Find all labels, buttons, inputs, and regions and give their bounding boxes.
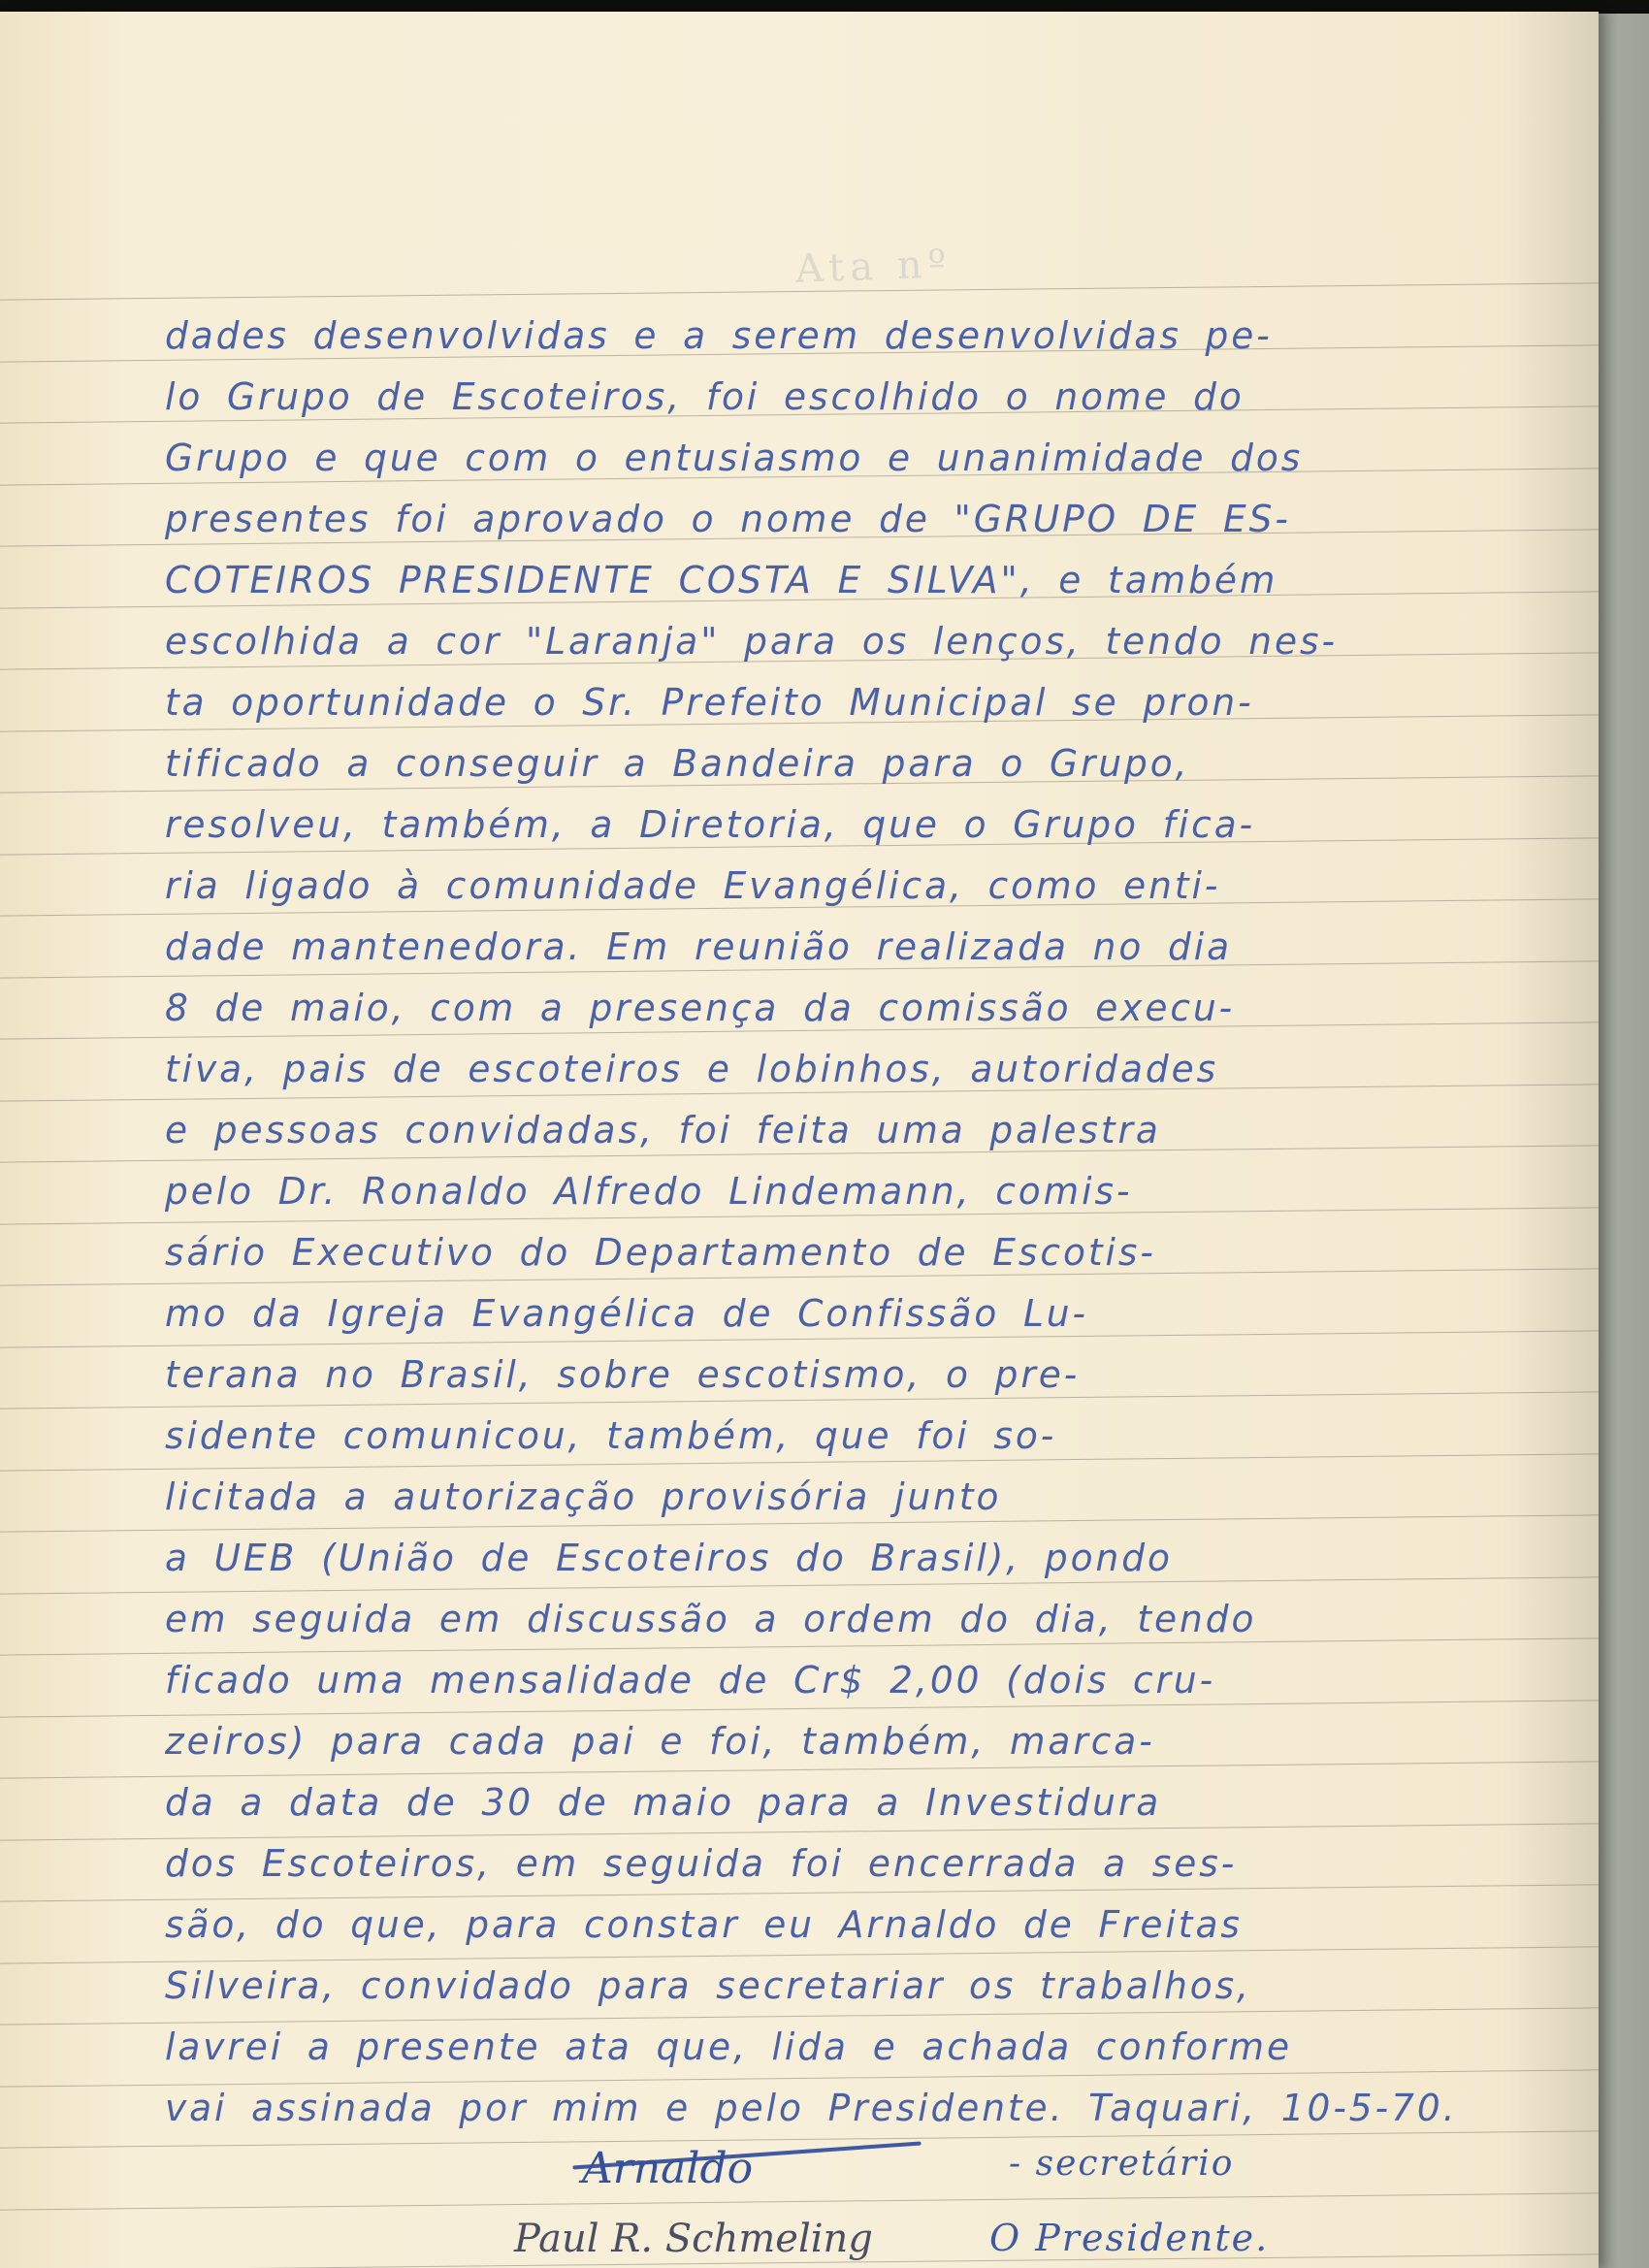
text-line: sário Executivo do Departamento de Escot… — [165, 1222, 1542, 1283]
text-line: lavrei a presente ata que, lida e achada… — [165, 2017, 1542, 2078]
text-line: são, do que, para constar eu Arnaldo de … — [165, 1895, 1542, 1956]
text-line: tificado a conseguir a Bandeira para o G… — [165, 733, 1542, 794]
text-line: dos Escoteiros, em seguida foi encerrada… — [165, 1833, 1542, 1895]
text-line: ta oportunidade o Sr. Prefeito Municipal… — [165, 672, 1542, 733]
text-line: ficado uma mensalidade de Cr$ 2,00 (dois… — [165, 1650, 1542, 1711]
text-line: escolhida a cor "Laranja" para os lenços… — [165, 611, 1542, 672]
text-line: e pessoas convidadas, foi feita uma pale… — [165, 1100, 1542, 1161]
text-line: Grupo e que com o entusiasmo e unanimida… — [165, 428, 1542, 489]
president-signature: Paul R. Schmeling — [514, 2217, 873, 2261]
text-line: tiva, pais de escoteiros e lobinhos, aut… — [165, 1039, 1542, 1100]
text-line: pelo Dr. Ronaldo Alfredo Lindemann, comi… — [165, 1161, 1542, 1222]
president-label: O Presidente. — [989, 2217, 1269, 2259]
text-line: dades desenvolvidas e a serem desenvolvi… — [165, 306, 1542, 367]
text-line: terana no Brasil, sobre escotismo, o pre… — [165, 1345, 1542, 1406]
text-line: ria ligado à comunidade Evangélica, como… — [165, 856, 1542, 917]
text-line: mo da Igreja Evangélica de Confissão Lu- — [165, 1283, 1542, 1345]
page-edge-shadow — [1599, 14, 1649, 2268]
text-line: licitada a autorização provisória junto — [165, 1467, 1542, 1528]
text-line: da a data de 30 de maio para a Investidu… — [165, 1772, 1542, 1833]
secretary-signature: Arnaldo — [582, 2144, 753, 2193]
text-line: em seguida em discussão a ordem do dia, … — [165, 1589, 1542, 1650]
text-line: resolveu, também, a Diretoria, que o Gru… — [165, 794, 1542, 856]
text-line: 8 de maio, com a presença da comissão ex… — [165, 978, 1542, 1039]
text-line: a UEB (União de Escoteiros do Brasil), p… — [165, 1528, 1542, 1589]
text-line: Silveira, convidado para secretariar os … — [165, 1956, 1542, 2017]
text-line: presentes foi aprovado o nome de "GRUPO … — [165, 489, 1542, 550]
faint-page-header: Ata nº — [794, 242, 953, 292]
text-line: zeiros) para cada pai e foi, também, mar… — [165, 1711, 1542, 1772]
text-line: lo Grupo de Escoteiros, foi escolhido o … — [165, 367, 1542, 428]
text-line: COTEIROS PRESIDENTE COSTA E SILVA", e ta… — [165, 550, 1542, 611]
text-line: dade mantenedora. Em reunião realizada n… — [165, 917, 1542, 978]
text-line: vai assinada por mim e pelo Presidente. … — [165, 2078, 1542, 2139]
secretary-label: - secretário — [1009, 2144, 1234, 2184]
handwritten-text-body: dades desenvolvidas e a serem desenvolvi… — [165, 306, 1562, 2139]
text-line: sidente comunicou, também, que foi so- — [165, 1406, 1542, 1467]
